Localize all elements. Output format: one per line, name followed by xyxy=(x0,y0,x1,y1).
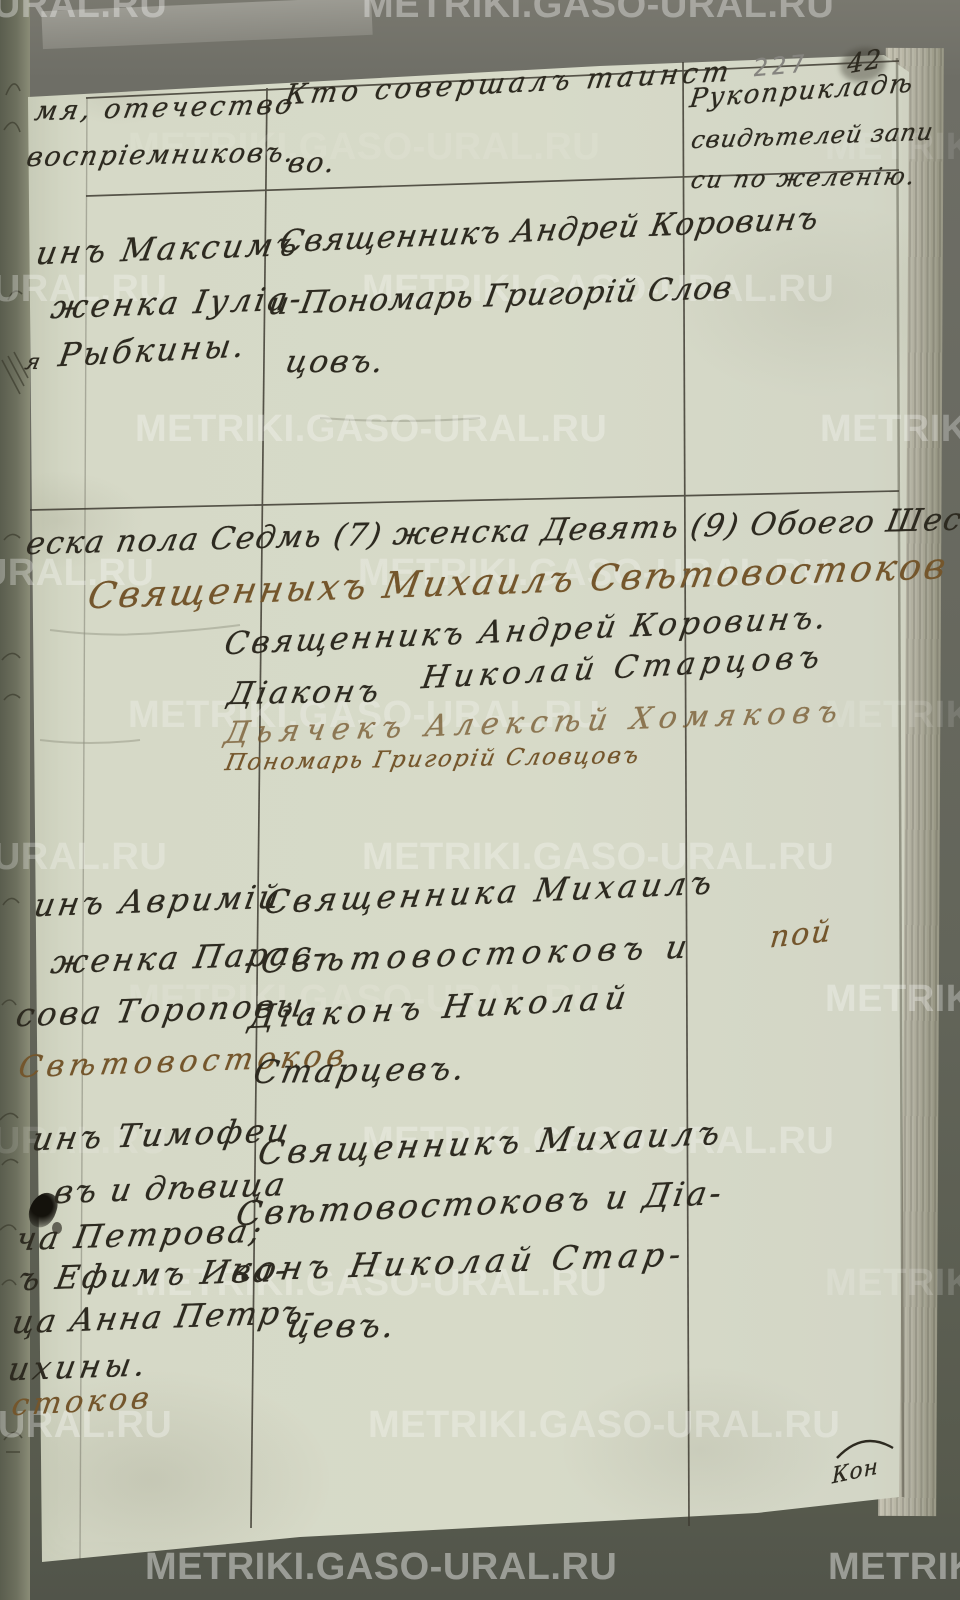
signature-deacon-word: Діаконъ xyxy=(225,673,385,712)
r3-godparents-brown: стоков xyxy=(9,1381,155,1424)
header-col1-line2: воспріемниковъ. xyxy=(24,137,299,173)
header-col2-line1: Кто совершалъ таинст xyxy=(283,55,736,112)
header-col2-line2: во. xyxy=(285,146,340,179)
r3-clergy-line3: конъ Николай Стар- xyxy=(228,1234,689,1289)
archival-scan: METRIKI.GASO-URAL.RUMETRIKI.GASO-URAL.RU… xyxy=(0,0,960,1600)
r1-clergy-line3: цовъ. xyxy=(282,344,389,380)
r2-clergy-line1: Священника Михаилъ xyxy=(262,863,719,921)
r1-clergy-line2: и Пономарь Григорій Слов xyxy=(266,270,736,322)
r3-godparents-line3: ча Петрова; xyxy=(13,1211,267,1258)
r3-clergy-line1: Священникъ Михаилъ xyxy=(255,1113,727,1173)
catchword: Кон xyxy=(832,1454,879,1489)
r3-godparents-line1: инъ Тимофеи xyxy=(29,1111,294,1158)
header-col1-line1: мя, отечество xyxy=(32,89,297,127)
r1-clergy-line1: Священникъ Андрей Коровинъ xyxy=(277,200,822,260)
r1-godparents-line3: Рыбкины. xyxy=(56,326,250,374)
r1-godparents-fragment: я xyxy=(23,350,43,375)
page-number-pencil: 227 xyxy=(752,49,810,82)
r2-margin-note: пой xyxy=(768,913,834,955)
r3-godparents-line5: ца Анна Петръ- xyxy=(9,1292,321,1341)
r1-godparents-line1: инъ Максимъ xyxy=(33,225,303,272)
r3-clergy-line4: цевъ. xyxy=(284,1306,402,1345)
header-col3-line3: си по желенію. xyxy=(689,162,920,194)
r2-godparents-line1: инъ Авримій xyxy=(31,877,285,924)
handwriting-layer: мя, отечествовоспріемниковъ.Кто совершал… xyxy=(0,0,960,1600)
page-number-ink: 42 xyxy=(847,44,883,81)
r3-clergy-line2: Свѣтовостоковъ и Діа- xyxy=(233,1173,727,1234)
r2-clergy-line4: Старцевъ. xyxy=(251,1049,471,1091)
header-col3-line2: свидѣтелей запи xyxy=(689,118,936,155)
